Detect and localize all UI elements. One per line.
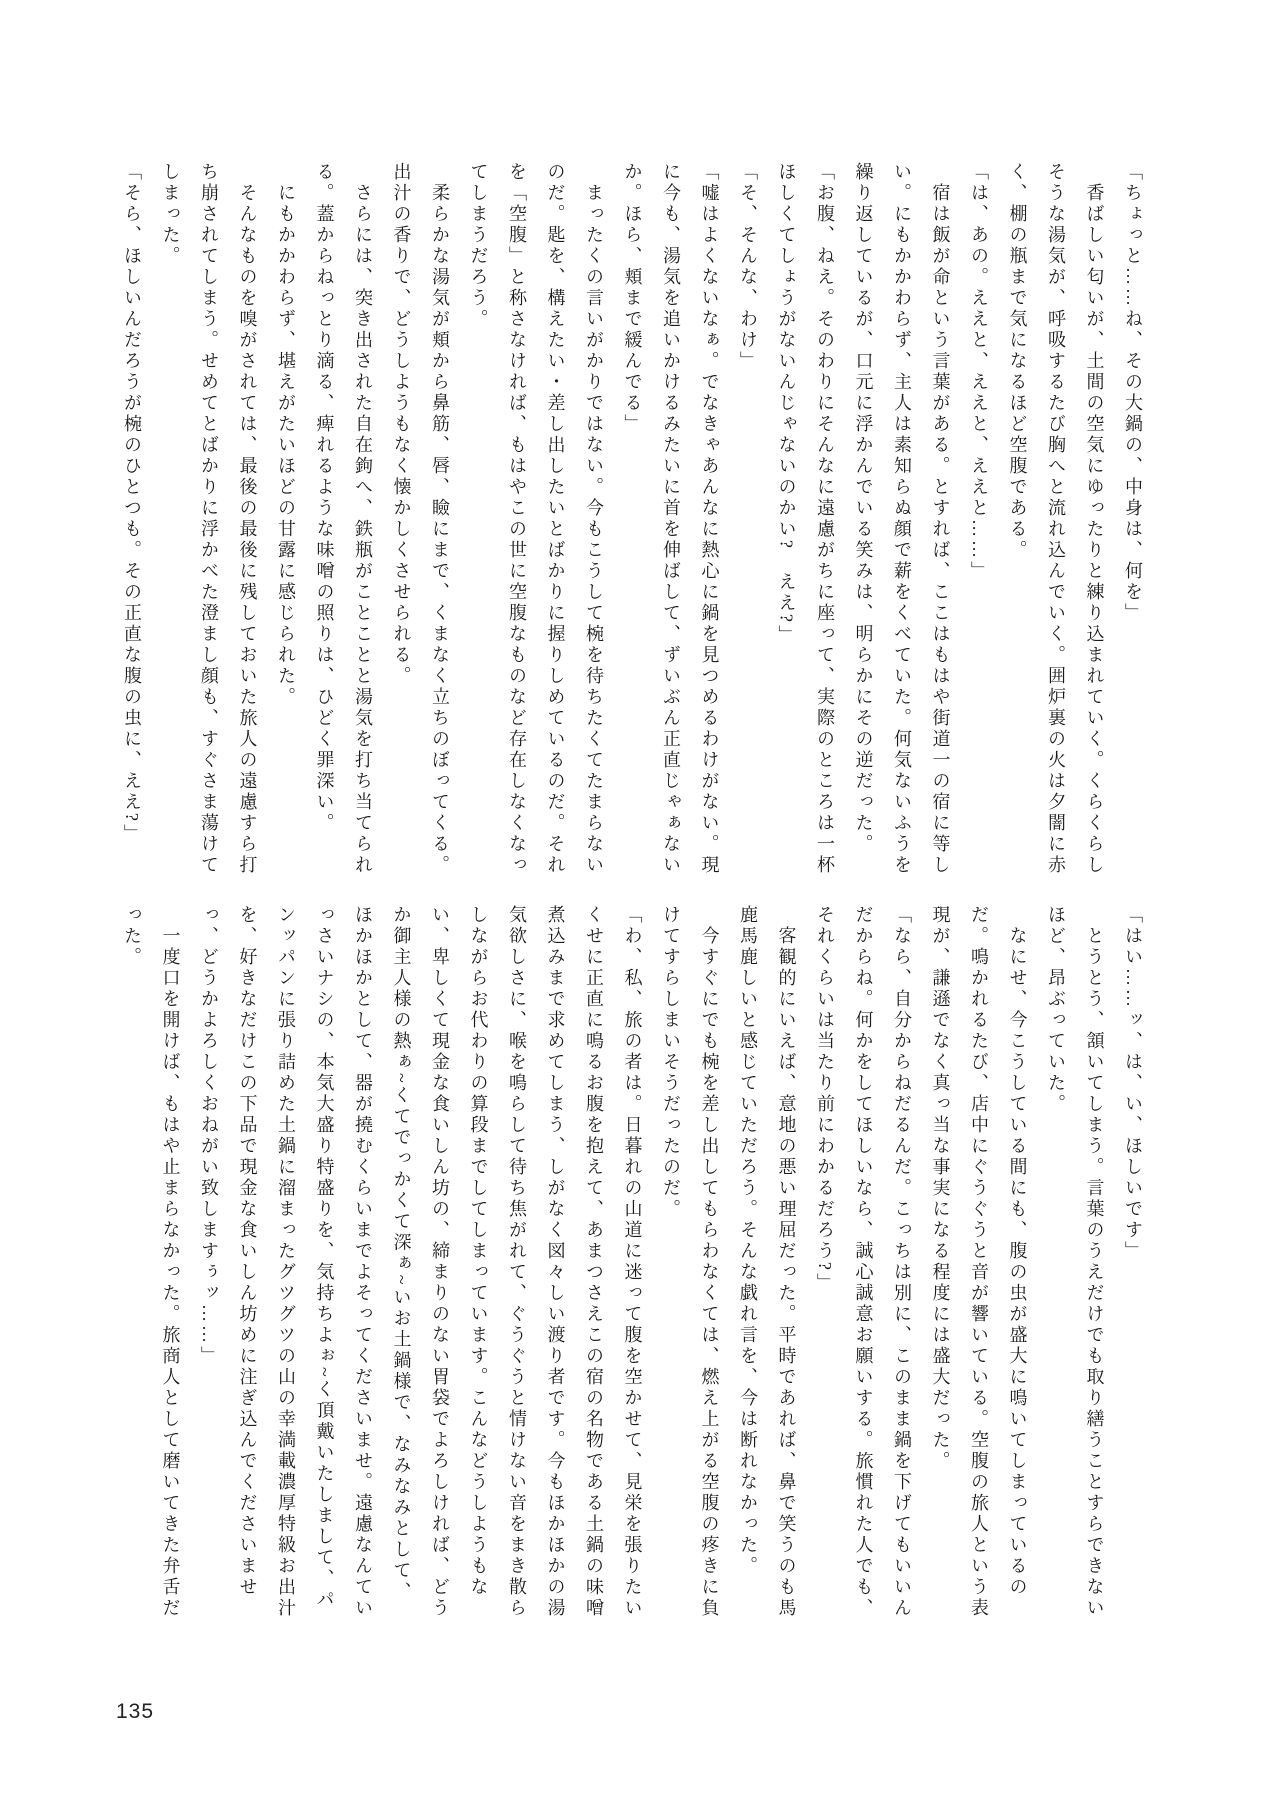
- text-block-bottom: 「はい……ッ、は、い、ほしいです」とうとう、頷いてしまう。言葉のうえだけでも取り…: [118, 905, 1152, 1621]
- text-line: 「お腹、ねえ。そのわりにそんなに遠慮がちに座って、実際のところは一杯ほしくてしょ…: [767, 162, 844, 879]
- text-line: 「わ、私、旅の者は。日暮れの山道に迷って腹を空かせて、見栄を張りたいくせに正直に…: [190, 905, 652, 1621]
- text-line: 「ちょっと……ね、その大鍋の、中身は、何を」: [1114, 162, 1153, 879]
- text-line: とうとう、頷いてしまう。言葉のうえだけでも取り繕うことすらできないほど、昂ぶって…: [1037, 905, 1114, 1621]
- text-line: まったくの言いがかりではない。今もこうして椀を待ちたくてたまらないのだ。匙を、構…: [459, 162, 613, 879]
- text-line: そんなものを嗅がされては、最後の最後に残しておいた旅人の遠慮すら打ち崩されてしま…: [151, 162, 267, 879]
- text-line: 今すぐにでも椀を差し出してもらわなくては、燃え上がる空腹の疼きに負けてすらしまい…: [652, 905, 729, 1621]
- text-line: 「嘘はよくないなぁ。でなきゃあんなに熱心に鍋を見つめるわけがない。現に今も、湯気…: [613, 162, 729, 879]
- text-line: 香ばしい匂いが、土間の空気にゆったりと練り込まれていく。くらくらしそうな湯気が、…: [998, 162, 1114, 879]
- text-line: 「なら、自分からねだるんだ。こっちは別に、このまま鍋を下げてもいいんだからね。何…: [806, 905, 922, 1621]
- text-line: にもかかわらず、堪えがたいほどの甘露に感じられた。: [267, 162, 306, 879]
- book-page: 「ちょっと……ね、その大鍋の、中身は、何を」香ばしい匂いが、土間の空気にゆったり…: [0, 0, 1280, 1808]
- text-line: 一度口を開けば、もはや止まらなかった。旅商人として磨いてきた弁舌だった。: [118, 905, 190, 1621]
- page-number: 135: [116, 1700, 154, 1724]
- text-line: 「は、あの。ええと、ええと、ええと……」: [960, 162, 999, 879]
- text-line: 「はい……ッ、は、い、ほしいです」: [1114, 905, 1153, 1621]
- text-line: 宿は飯が命という言葉がある。とすれば、ここはもはや街道一の宿に等しい。にもかかわ…: [844, 162, 960, 879]
- text-line: さらには、突き出された自在鉤へ、鉄瓶がことことと湯気を打ち当てられる。蓋からねっ…: [305, 162, 382, 879]
- text-line: 客観的にいえば、意地の悪い理屈だった。平時であれば、鼻で笑うのも馬鹿馬鹿しいと感…: [729, 905, 806, 1621]
- text-line: 柔らかな湯気が頬から鼻筋、唇、瞼にまで、くまなく立ちのぼってくる。出汁の香りで、…: [382, 162, 459, 879]
- text-line: 「そ、そんな、わけ」: [729, 162, 768, 879]
- text-line: 「そら、ほしいんだろうが椀のひとつも。その正直な腹の虫に、ええ?」: [118, 162, 151, 879]
- text-line: なにせ、今こうしている間にも、腹の虫が盛大に鳴いてしまっているのだ。鳴かれるたび…: [921, 905, 1037, 1621]
- text-block-top: 「ちょっと……ね、その大鍋の、中身は、何を」香ばしい匂いが、土間の空気にゆったり…: [118, 162, 1152, 879]
